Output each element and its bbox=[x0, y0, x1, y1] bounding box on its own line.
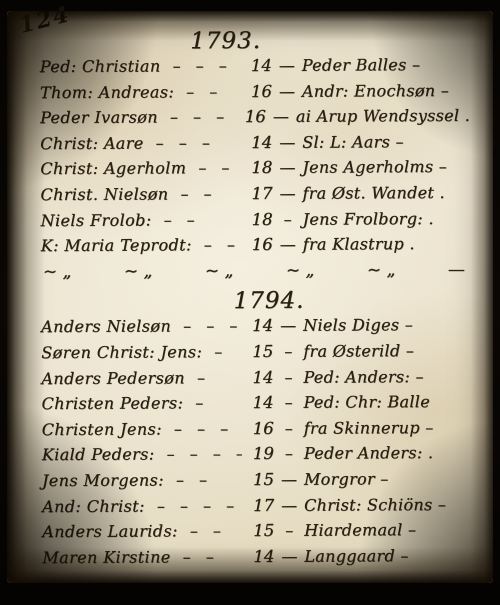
entry-age: 14 bbox=[241, 367, 273, 386]
entry-sponsor-or-place: fra Skinnerup – bbox=[304, 418, 472, 438]
entry-separator-dash: — bbox=[274, 470, 304, 489]
ditto-mark: ~ „ bbox=[286, 260, 315, 280]
entry-dash-leader: – – bbox=[178, 521, 243, 540]
entry-dash-leader: – bbox=[185, 368, 242, 387]
entry-age: 14 bbox=[241, 316, 273, 335]
entry-separator-dash: — bbox=[272, 158, 302, 177]
entry-sponsor-or-place: fra Klastrup . bbox=[303, 234, 471, 254]
entry-name: Anders Nielsøn bbox=[41, 317, 171, 337]
entry-dash-leader: – – – bbox=[158, 107, 234, 126]
entry-sponsor-or-place: Morgror – bbox=[304, 469, 472, 489]
entry-age: 17 bbox=[242, 495, 274, 514]
entry-sponsor-or-place: fra Østerild – bbox=[303, 341, 471, 361]
entry-age: 15 bbox=[242, 521, 274, 540]
entry-separator-dash: — bbox=[272, 81, 302, 100]
entry-dash-leader: – – – – bbox=[145, 496, 242, 516]
ditto-mark: — bbox=[448, 260, 465, 280]
entries-1793: Ped: Christian– – –14—Peder Balles –Thom… bbox=[40, 55, 471, 262]
entry-separator-dash: — bbox=[266, 107, 296, 126]
register-entry-row: Christ: Aare– – –14—Sl: L: Aars – bbox=[40, 132, 470, 160]
entry-name: Ped: Christian bbox=[40, 56, 161, 76]
entry-name: Søren Christ: Jens: bbox=[41, 342, 202, 362]
entries-1794: Anders Nielsøn– – – –14—Niels Diges –Sør… bbox=[41, 315, 472, 573]
page-content: 1793. Ped: Christian– – –14—Peder Balles… bbox=[6, 10, 495, 585]
entry-name: Anders Laurids: bbox=[42, 521, 178, 541]
entry-sponsor-or-place: Hiardemaal – bbox=[304, 520, 472, 540]
register-entry-row: Thom: Andreas:– –16—Andr: Enochsøn – bbox=[40, 80, 470, 108]
entry-name: Christ: Agerholm bbox=[40, 159, 186, 179]
entry-age: 14 bbox=[240, 56, 272, 75]
entry-dash-leader: – – bbox=[174, 82, 240, 101]
section-1793: 1793. Ped: Christian– – –14—Peder Balles… bbox=[40, 25, 471, 288]
register-entry-row: Kiald Peders:– – – –19–Peder Anders: . bbox=[42, 443, 472, 471]
entry-dash-leader: – – bbox=[152, 210, 241, 229]
register-entry-row: And: Christ:– – – –17—Christ: Schiöns – bbox=[42, 494, 472, 522]
entry-name: Anders Pedersøn bbox=[41, 368, 185, 388]
entry-age: 16 bbox=[240, 81, 272, 100]
entry-dash-leader: – – bbox=[192, 235, 241, 254]
ditto-mark: ~ „ bbox=[205, 261, 234, 281]
entry-sponsor-or-place: Ped: Chr: Balle bbox=[304, 392, 472, 412]
entry-separator-dash: – bbox=[273, 209, 303, 228]
entry-sponsor-or-place: fra Øst. Wandet . bbox=[302, 183, 470, 203]
scan-background: 124 1793. Ped: Christian– – –14—Peder Ba… bbox=[0, 0, 500, 605]
entry-dash-leader: – bbox=[202, 342, 241, 361]
entry-sponsor-or-place: ai Arup Wendsyssel . bbox=[296, 106, 470, 126]
entry-name: Christ. Nielsøn bbox=[40, 184, 168, 204]
entry-name: Thom: Andreas: bbox=[40, 82, 174, 102]
entry-sponsor-or-place: Christ: Schiöns – bbox=[304, 494, 472, 514]
entry-age: 15 bbox=[241, 342, 273, 361]
entry-age: 15 bbox=[242, 470, 274, 489]
ditto-mark: ~ „ bbox=[43, 262, 72, 282]
entry-age: 19 bbox=[242, 444, 274, 463]
register-entry-row: Anders Laurids:– –15–Hiardemaal – bbox=[42, 520, 472, 548]
entry-dash-leader: – – bbox=[171, 547, 243, 566]
register-entry-row: Christ. Nielsøn– –17—fra Øst. Wandet . bbox=[40, 183, 470, 211]
register-entry-row: Anders Pedersøn–14–Ped: Anders: – bbox=[41, 366, 471, 394]
register-entry-row: K: Maria Teprodt:– –16—fra Klastrup . bbox=[41, 234, 471, 262]
entry-dash-leader: – – bbox=[168, 184, 240, 203]
register-entry-row: Christ: Agerholm– – –18—Jens Agerholms – bbox=[40, 157, 470, 185]
register-entry-row: Christen Peders:–14–Ped: Chr: Balle bbox=[42, 392, 472, 420]
entry-name: Jens Morgens: bbox=[42, 470, 164, 490]
entry-name: And: Christ: bbox=[42, 496, 145, 516]
ditto-row: ~ „~ „~ „~ „~ „— bbox=[41, 260, 471, 288]
entry-separator-dash: — bbox=[274, 546, 304, 565]
entry-age: 16 bbox=[241, 235, 273, 254]
entry-name: K: Maria Teprodt: bbox=[41, 235, 192, 255]
entry-separator-dash: — bbox=[273, 316, 303, 335]
entry-separator-dash: — bbox=[272, 184, 302, 203]
entry-sponsor-or-place: Peder Balles – bbox=[302, 55, 470, 75]
entry-separator-dash: — bbox=[272, 133, 302, 152]
register-entry-row: Jens Morgens:– –15—Morgror – bbox=[42, 469, 472, 497]
entry-dash-leader: – – – bbox=[160, 56, 239, 75]
register-entry-row: Søren Christ: Jens:–15–fra Østerild – bbox=[41, 341, 471, 369]
entry-age: 16 bbox=[242, 419, 274, 438]
ditto-mark: ~ „ bbox=[367, 260, 396, 280]
entry-sponsor-or-place: Niels Diges – bbox=[303, 315, 471, 335]
entry-separator-dash: — bbox=[274, 495, 304, 514]
entry-dash-leader: – bbox=[183, 393, 241, 412]
manuscript-page: 124 1793. Ped: Christian– – –14—Peder Ba… bbox=[7, 11, 493, 583]
entry-separator-dash: – bbox=[274, 444, 304, 463]
section-1794: 1794. Anders Nielsøn– – – –14—Niels Dige… bbox=[41, 285, 472, 573]
ditto-mark: ~ „ bbox=[124, 261, 153, 281]
register-entry-row: Niels Frolob:– –18–Jens Frolborg: . bbox=[41, 208, 471, 236]
entry-name: Christ: Aare bbox=[40, 133, 144, 153]
entry-name: Peder Ivarsøn bbox=[40, 108, 158, 128]
entry-dash-leader: – – – bbox=[186, 158, 240, 177]
entry-separator-dash: – bbox=[274, 418, 304, 437]
entry-age: 16 bbox=[234, 107, 266, 126]
entry-dash-leader: – – – – bbox=[155, 444, 242, 463]
entry-separator-dash: – bbox=[274, 393, 304, 412]
entry-age: 14 bbox=[242, 393, 274, 412]
entry-separator-dash: — bbox=[272, 56, 302, 75]
entry-age: 17 bbox=[240, 184, 272, 203]
entry-sponsor-or-place: Langgaard – bbox=[304, 546, 472, 566]
entry-dash-leader: – – – – bbox=[171, 316, 241, 335]
entry-dash-leader: – – – bbox=[162, 419, 242, 438]
entry-separator-dash: – bbox=[273, 367, 303, 386]
entry-separator-dash: — bbox=[273, 235, 303, 254]
entry-age: 18 bbox=[240, 158, 272, 177]
register-entry-row: Peder Ivarsøn– – –16—ai Arup Wendsyssel … bbox=[40, 106, 470, 134]
entry-name: Christen Jens: bbox=[42, 419, 162, 439]
entry-dash-leader: – – bbox=[164, 470, 242, 489]
entry-separator-dash: – bbox=[274, 521, 304, 540]
entry-sponsor-or-place: Andr: Enochsøn – bbox=[302, 80, 470, 100]
entry-sponsor-or-place: Ped: Anders: – bbox=[303, 366, 471, 386]
register-entry-row: Ped: Christian– – –14—Peder Balles – bbox=[40, 55, 470, 83]
entry-name: Kiald Peders: bbox=[42, 445, 155, 465]
entry-dash-leader: – – – bbox=[144, 133, 241, 153]
register-entry-row: Christen Jens:– – –16–fra Skinnerup – bbox=[42, 418, 472, 446]
entry-age: 14 bbox=[242, 547, 274, 566]
entry-sponsor-or-place: Sl: L: Aars – bbox=[302, 132, 470, 152]
entry-age: 18 bbox=[241, 209, 273, 228]
entry-sponsor-or-place: Peder Anders: . bbox=[304, 443, 472, 463]
entry-name: Maren Kirstine bbox=[42, 547, 170, 567]
register-entry-row: Anders Nielsøn– – – –14—Niels Diges – bbox=[41, 315, 471, 343]
entry-sponsor-or-place: Jens Agerholms – bbox=[302, 157, 470, 177]
year-heading-1794: 1794. bbox=[41, 285, 471, 317]
register-entry-row: Maren Kirstine– –14—Langgaard – bbox=[42, 546, 472, 574]
entry-age: 14 bbox=[240, 133, 272, 152]
entry-sponsor-or-place: Jens Frolborg: . bbox=[303, 208, 471, 228]
entry-name: Christen Peders: bbox=[42, 393, 184, 413]
entry-separator-dash: – bbox=[273, 342, 303, 361]
entry-name: Niels Frolob: bbox=[41, 210, 152, 230]
year-heading-1793: 1793. bbox=[40, 25, 470, 57]
